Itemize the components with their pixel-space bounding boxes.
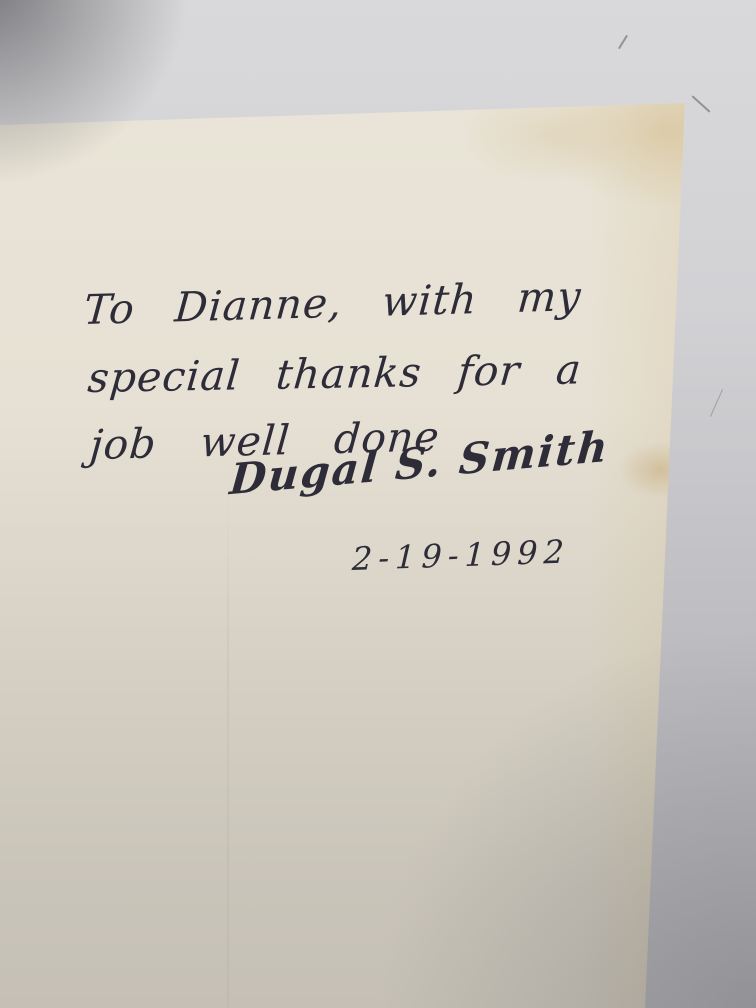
dust-speck (691, 95, 710, 113)
dust-speck (618, 35, 628, 50)
inscription-line-1: To Dianne, with my (82, 272, 583, 334)
backdrop-scratch (710, 389, 723, 417)
inscription-date: 2-19-1992 (351, 532, 570, 578)
inscription-line-2: special thanks for a (86, 345, 584, 402)
book-page: To Dianne, with my special thanks for a … (0, 0, 756, 1008)
book-inscription-photo: To Dianne, with my special thanks for a … (0, 0, 756, 1008)
page-crease (227, 480, 229, 1008)
